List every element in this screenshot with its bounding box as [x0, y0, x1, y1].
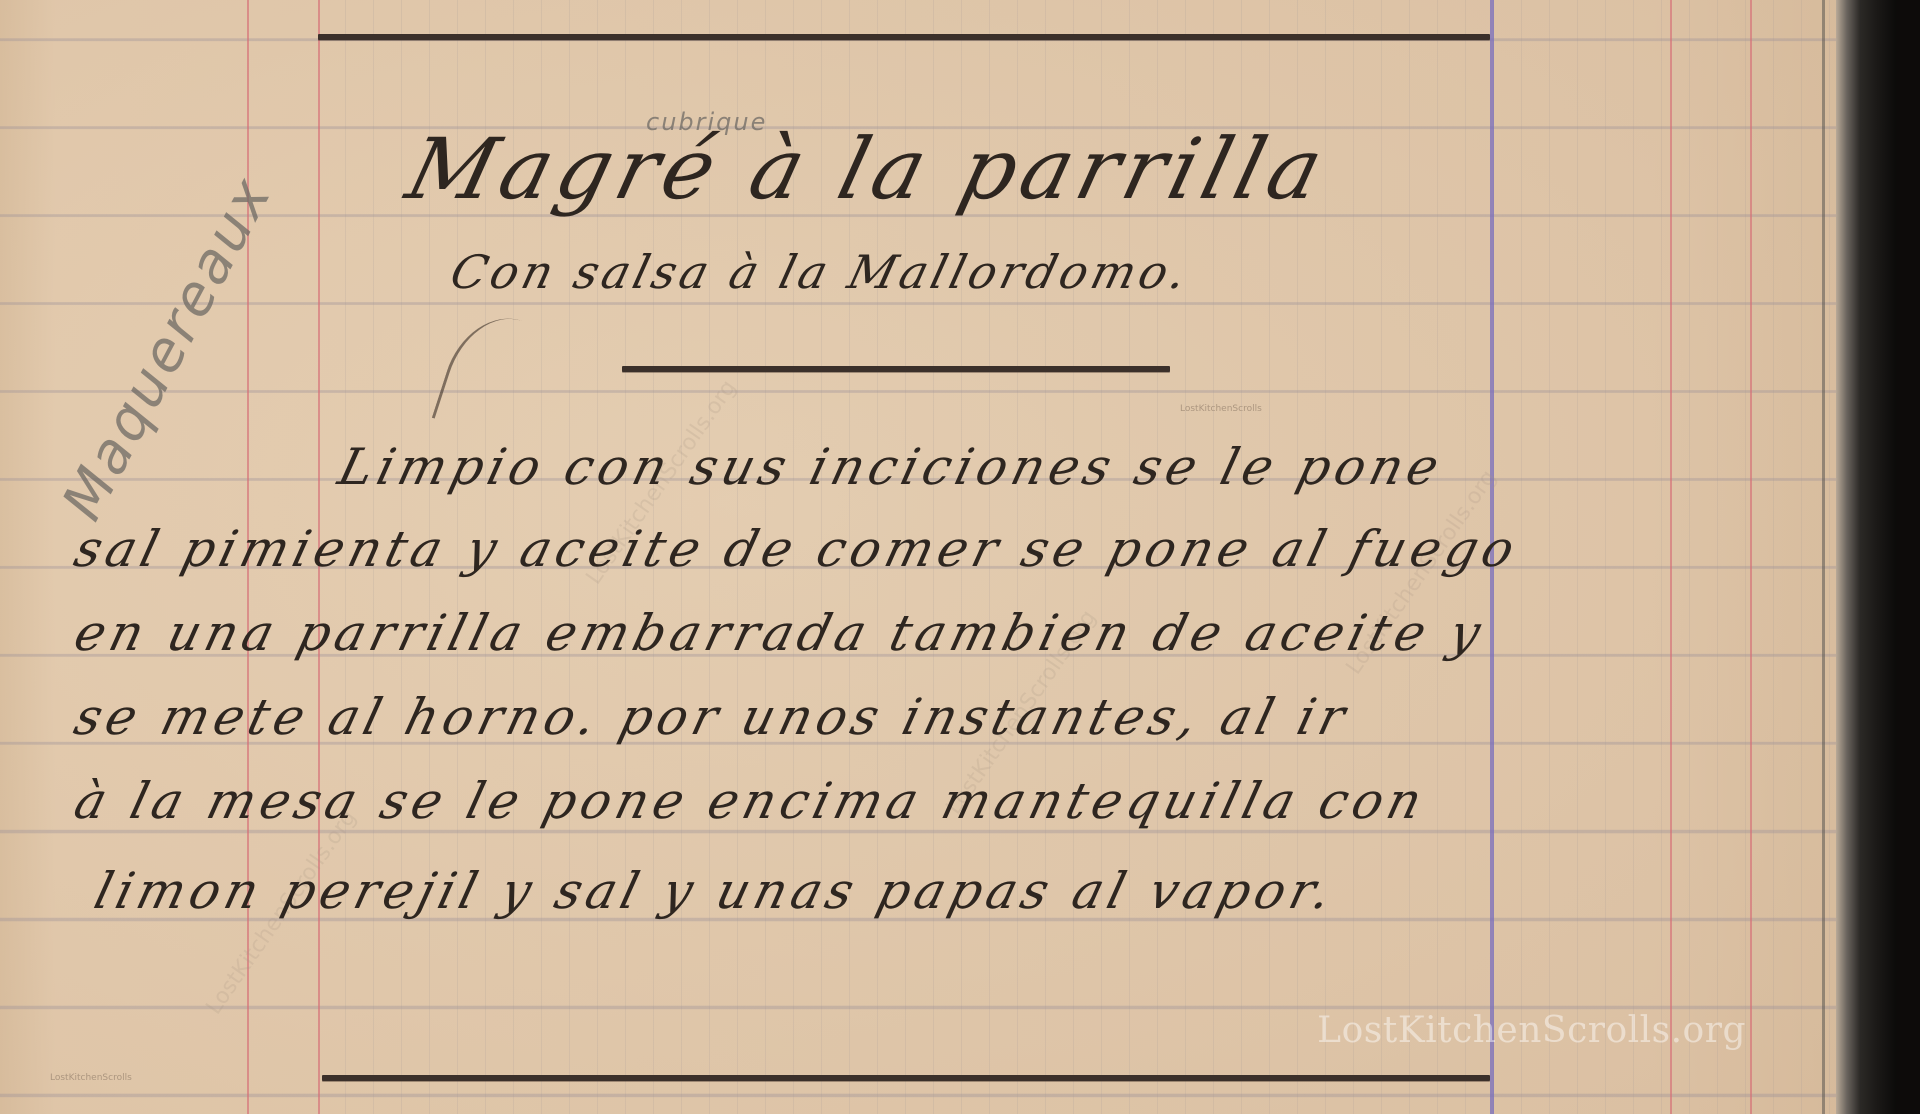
site-watermark: LostKitchenScrolls.org [1317, 1010, 1746, 1051]
small-stamp: LostKitchenScrolls [1180, 404, 1262, 414]
ledger-page: LostKitchenScrolls.org LostKitchenScroll… [0, 0, 1836, 1114]
page-edge-line [1822, 0, 1825, 1114]
recipe-subtitle: Con salsa à la Mallordomo. [445, 245, 1196, 299]
recipe-line: limon perejil y sal y unas papas al vapo… [89, 862, 1342, 920]
right-red-line [1670, 0, 1672, 1114]
title-divider-rule [622, 366, 1170, 372]
recipe-line: sal pimienta y aceite de comer se pone a… [69, 520, 1525, 578]
margin-annotation: Maquereaux [50, 500, 60, 510]
recipe-title: Magré à la parrilla [398, 120, 1338, 218]
bottom-divider-rule [322, 1075, 1490, 1081]
small-stamp: LostKitchenScrolls [50, 1073, 132, 1083]
recipe-line: à la mesa se le pone encima mantequilla … [69, 772, 1433, 830]
recipe-line: en una parrilla embarrada tambien de ace… [69, 604, 1491, 662]
recipe-line: Limpio con sus inciciones se le pone [333, 438, 1450, 496]
top-divider-rule [318, 34, 1490, 40]
recipe-line: se mete al horno. por unos instantes, al… [69, 688, 1356, 746]
book-binding-edge [1836, 0, 1896, 1114]
right-red-line-2 [1750, 0, 1752, 1114]
